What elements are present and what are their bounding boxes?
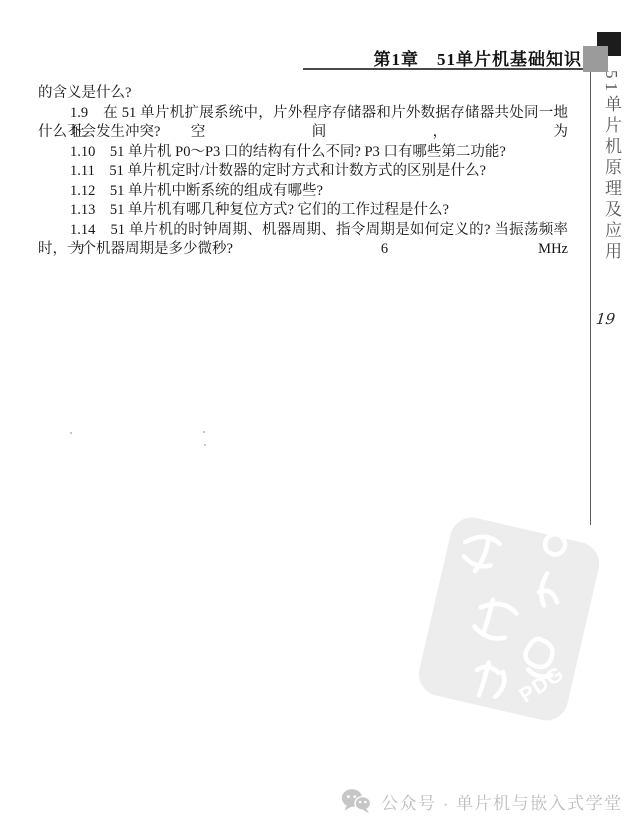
question-line: 1.14 51 单片机的时钟周期、机器周期、指令周期是如何定义的? 当振荡频率为… bbox=[38, 221, 568, 241]
series-number: 51 bbox=[602, 70, 621, 95]
scan-speck bbox=[204, 444, 206, 446]
question-line: 的含义是什么? bbox=[38, 84, 568, 104]
wechat-icon bbox=[341, 788, 372, 815]
book-page: 第1章 51单片机基础知识 51单片机原理及应用 19 的含义是什么? 1.9 … bbox=[0, 0, 628, 824]
seal-glyphs-graphic bbox=[414, 513, 603, 725]
footer-account-label: 公众号 · 单片机与嵌入式学堂 bbox=[381, 789, 623, 814]
question-line: 1.12 51 单片机中断系统的组成有哪些? bbox=[38, 182, 568, 202]
question-line: 1.13 51 单片机有哪几种复位方式? 它们的工作过程是什么? bbox=[38, 201, 568, 221]
scan-speck bbox=[70, 432, 72, 434]
question-line: 1.11 51 单片机定时/计数器的定时方式和计数方式的区别是什么? bbox=[38, 162, 568, 182]
corner-gray-square bbox=[583, 46, 608, 72]
question-line: 1.9 在 51 单片机扩展系统中，片外程序存储器和片外数据存储器共处同一地址空… bbox=[38, 104, 568, 124]
scan-speck bbox=[203, 431, 205, 433]
footer: 公众号 · 单片机与嵌入式学堂 bbox=[341, 786, 623, 816]
sidebar-vertical-rule bbox=[590, 72, 591, 525]
series-title-text: 单片机原理及应用 bbox=[602, 95, 621, 263]
exercise-questions: 的含义是什么? 1.9 在 51 单片机扩展系统中，片外程序存储器和片外数据存储… bbox=[38, 84, 568, 260]
book-series-title: 51单片机原理及应用 bbox=[598, 70, 624, 263]
pdg-watermark-stamp: PDG bbox=[414, 513, 603, 725]
chapter-title: 第1章 51单片机基础知识 bbox=[374, 45, 583, 70]
header-rule bbox=[303, 68, 586, 70]
page-number: 19 bbox=[595, 310, 616, 328]
question-line: 1.10 51 单片机 P0～P3 口的结构有什么不同? P3 口有哪些第二功能… bbox=[38, 143, 568, 163]
